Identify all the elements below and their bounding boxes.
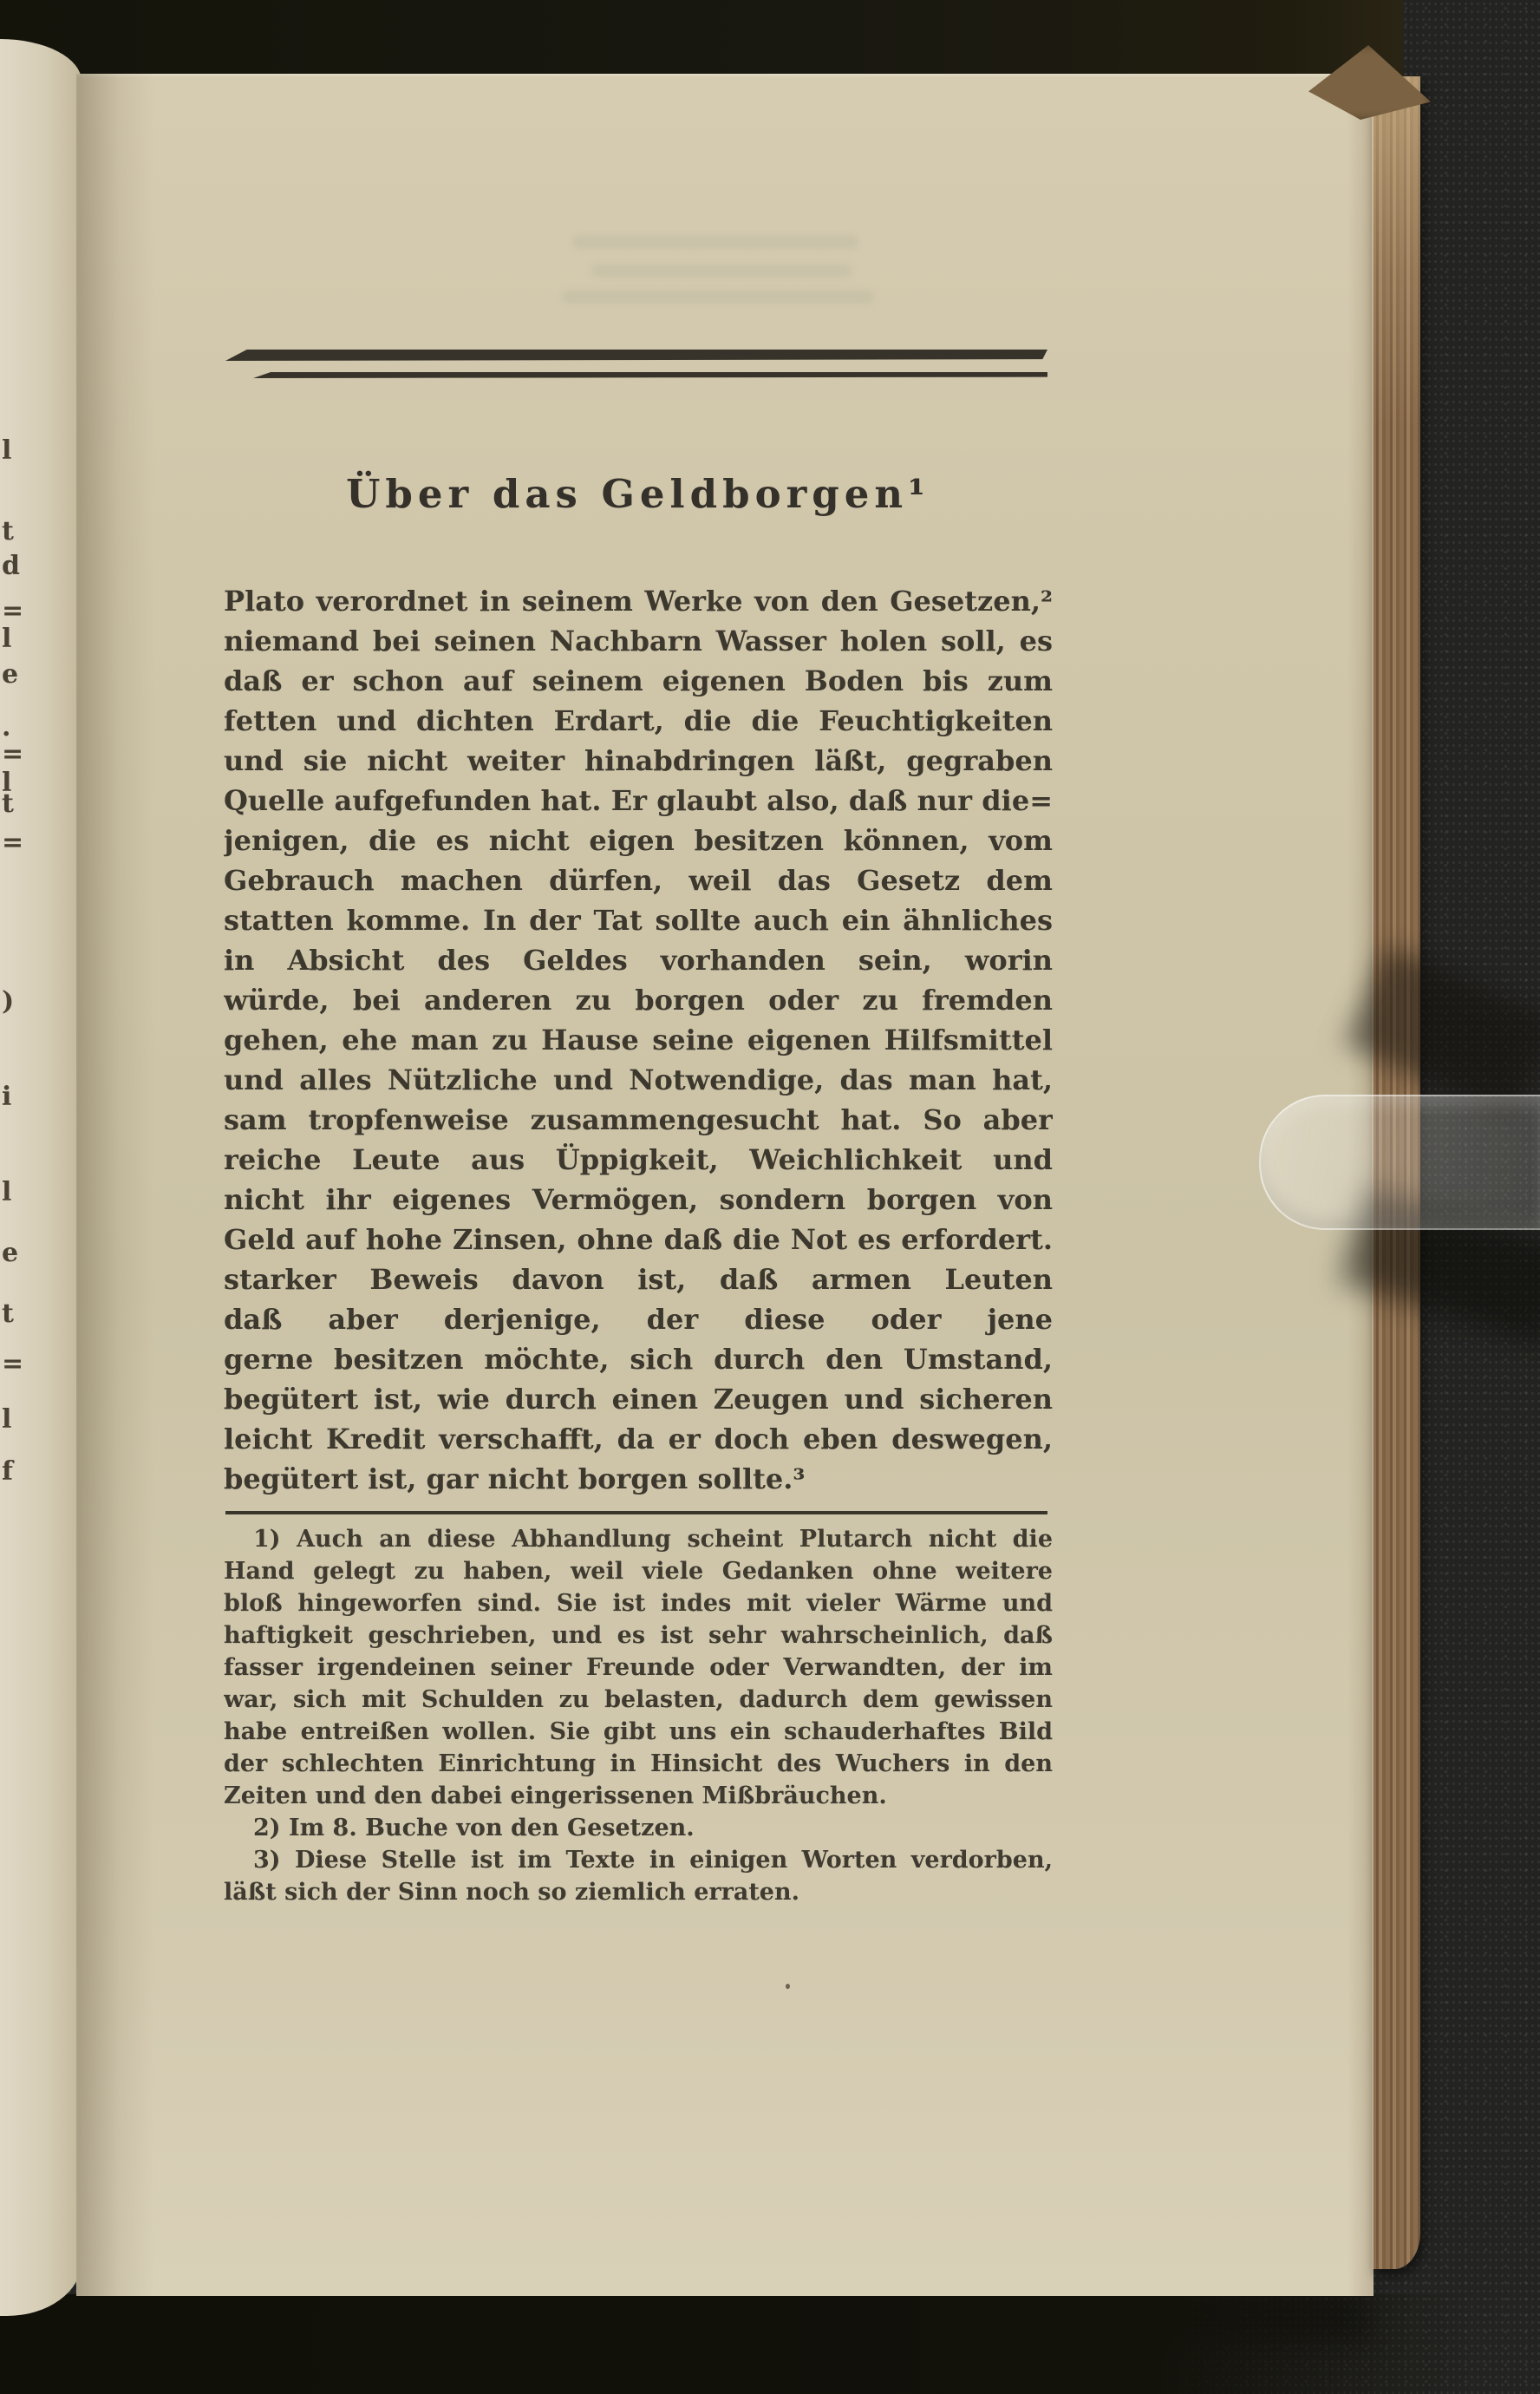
page-holder-clip xyxy=(1259,1095,1540,1230)
footnote-rule xyxy=(225,1511,1047,1514)
text-line: reiche Leute aus Üppigkeit, Weichlichkei… xyxy=(224,1140,1053,1180)
text-line: Hand gelegt zu haben, weil viele Gedanke… xyxy=(224,1555,1053,1587)
text-line: statten komme. In der Tat sollte auch ei… xyxy=(224,900,1053,940)
text-line: 3) Diese Stelle ist im Texte in einigen … xyxy=(224,1844,1053,1876)
text-line: jenigen, die es nicht eigen besitzen kön… xyxy=(224,821,1053,860)
edge-fragment-glyph: = xyxy=(2,742,24,768)
edge-fragment-glyph: e xyxy=(2,662,24,688)
ornamental-rule-top xyxy=(225,350,1047,361)
text-line: in Absicht des Geldes vorhanden sein, wo… xyxy=(224,940,1053,980)
edge-fragment-glyph: l xyxy=(2,1180,24,1206)
text-line: daß aber derjenige, der diese oder jene … xyxy=(224,1299,1053,1339)
text-line: Plato verordnet in seinem Werke von den … xyxy=(224,581,1053,621)
text-line: und sie nicht weiter hinabdringen läßt, … xyxy=(224,741,1053,781)
text-line: begütert ist, wie durch einen Zeugen und… xyxy=(224,1379,1053,1419)
edge-fragment-glyph: ) xyxy=(2,989,24,1015)
book-page: Über das Geldborgen¹ Plato verordnet in … xyxy=(76,74,1374,2296)
show-through-smudge xyxy=(562,291,874,304)
text-line: gehen, ehe man zu Hause seine eigenen Hi… xyxy=(224,1020,1053,1060)
edge-fragment-glyph: l xyxy=(2,1407,24,1433)
text-line: der schlechten Einrichtung in Hinsicht d… xyxy=(224,1748,1053,1780)
text-line: niemand bei seinen Nachbarn Wasser holen… xyxy=(224,621,1053,661)
edge-fragment-glyph: = xyxy=(2,1351,24,1377)
text-line: fasser irgendeinen seiner Freunde oder V… xyxy=(224,1652,1053,1684)
show-through-smudge xyxy=(572,235,858,249)
text-line: 1) Auch an diese Abhandlung scheint Plut… xyxy=(224,1523,1053,1555)
edge-fragment-glyph: = xyxy=(2,830,24,856)
edge-fragment-glyph: i xyxy=(2,1084,24,1110)
text-line: war, sich mit Schulden zu belasten, dadu… xyxy=(224,1684,1053,1716)
text-line: Quelle aufgefunden hat. Er glaubt also, … xyxy=(224,781,1053,821)
edge-fragment-glyph: t xyxy=(2,1301,24,1327)
chapter-title: Über das Geldborgen¹ xyxy=(224,471,1053,525)
edge-fragment-glyph: d xyxy=(2,553,24,579)
text-line: 2) Im 8. Buche von den Gesetzen. xyxy=(224,1812,1053,1844)
text-line: bloß hingeworfen sind. Sie ist indes mit… xyxy=(224,1587,1053,1619)
show-through-smudge xyxy=(591,265,852,277)
book-cover-top xyxy=(0,0,1403,76)
text-line: starker Beweis davon ist, daß armen Leut… xyxy=(224,1259,1053,1299)
gutter-shadow xyxy=(76,74,154,2296)
edge-fragment-glyph: l xyxy=(2,438,24,464)
text-line: haftigkeit geschrieben, und es ist sehr … xyxy=(224,1619,1053,1652)
text-line: und alles Nützliche und Notwendige, das … xyxy=(224,1060,1053,1100)
ornamental-rule-bottom xyxy=(253,372,1047,378)
text-line: Zeiten und den dabei eingerissenen Mißbr… xyxy=(224,1780,1053,1812)
edge-fragment-glyph: e xyxy=(2,1240,24,1266)
edge-fragment-glyph: f xyxy=(2,1459,24,1485)
text-line: läßt sich der Sinn noch so ziemlich erra… xyxy=(224,1876,1053,1908)
text-line: begütert ist, gar nicht borgen sollte.³ xyxy=(224,1459,1053,1499)
text-line: habe entreißen wollen. Sie gibt uns ein … xyxy=(224,1716,1053,1748)
body-text: Plato verordnet in seinem Werke von den … xyxy=(224,581,1053,1499)
edge-fragment-glyph: . xyxy=(2,715,24,741)
text-line: fetten und dichten Erdart, die die Feuch… xyxy=(224,701,1053,741)
text-line: leicht Kredit verschafft, da er doch ebe… xyxy=(224,1419,1053,1459)
text-line: würde, bei anderen zu borgen oder zu fre… xyxy=(224,980,1053,1020)
text-line: Gebrauch machen dürfen, weil das Gesetz … xyxy=(224,860,1053,900)
text-line: daß er schon auf seinem eigenen Boden bi… xyxy=(224,661,1053,701)
text-line: Geld auf hohe Zinsen, ohne daß die Not e… xyxy=(224,1220,1053,1259)
edge-fragments: ltd=le.=lt=)ilet=lf xyxy=(0,0,26,2394)
edge-fragment-glyph: = xyxy=(2,598,24,625)
text-line: sam tropfenweise zusammengesucht hat. So… xyxy=(224,1100,1053,1140)
paper-speck xyxy=(786,1984,790,1989)
book-cover-bottom xyxy=(0,2294,1474,2394)
edge-fragment-glyph: t xyxy=(2,519,24,545)
text-line: gerne besitzen möchte, sich durch den Um… xyxy=(224,1339,1053,1379)
book-scan: ltd=le.=lt=)ilet=lf Über das Geldborgen¹… xyxy=(0,0,1540,2394)
text-line: nicht ihr eigenes Vermögen, sondern borg… xyxy=(224,1180,1053,1220)
edge-fragment-glyph: t xyxy=(2,791,24,817)
footnotes: 1) Auch an diese Abhandlung scheint Plut… xyxy=(224,1523,1053,1908)
edge-fragment-glyph: l xyxy=(2,626,24,652)
